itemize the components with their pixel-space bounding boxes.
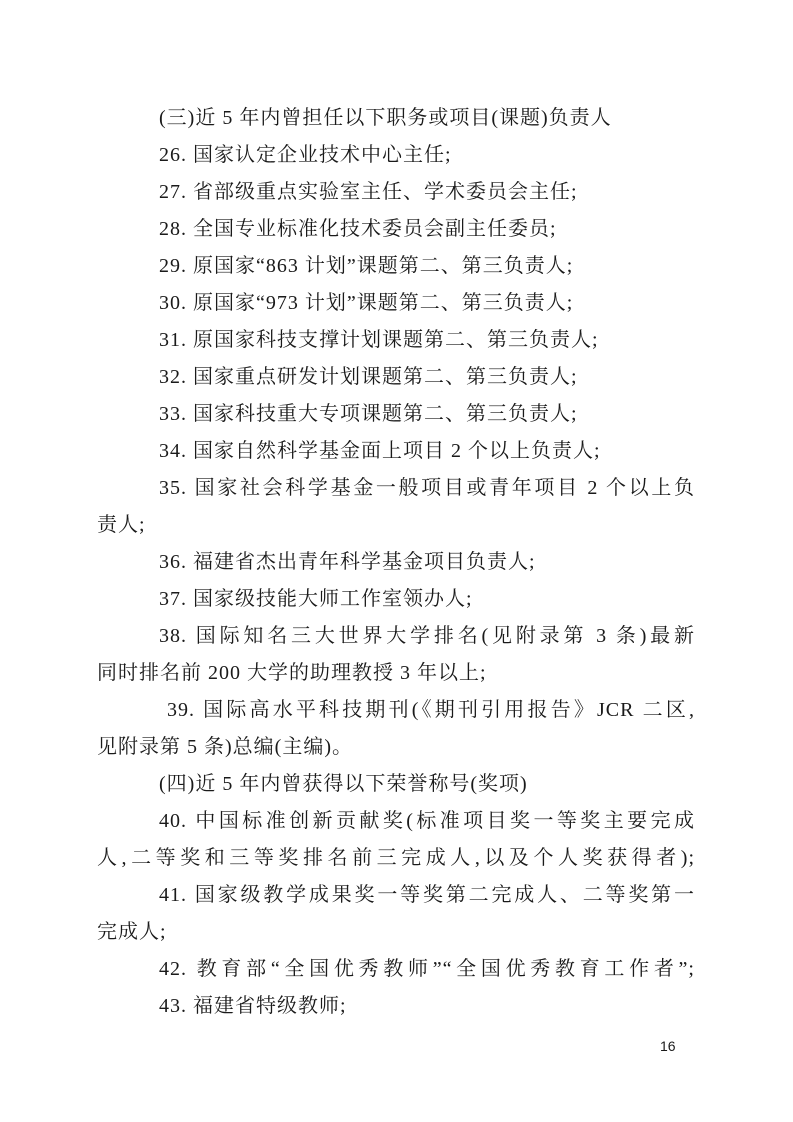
- text-line: 32. 国家重点研发计划课题第二、第三负责人;: [97, 359, 695, 396]
- text-line: (三)近 5 年内曾担任以下职务或项目(课题)负责人: [97, 100, 695, 137]
- document-body: (三)近 5 年内曾担任以下职务或项目(课题)负责人26. 国家认定企业技术中心…: [97, 100, 695, 1025]
- page-number: 16: [660, 1038, 676, 1054]
- text-line: 37. 国家级技能大师工作室领办人;: [97, 581, 695, 618]
- text-line: (四)近 5 年内曾获得以下荣誉称号(奖项): [97, 766, 695, 803]
- text-line: 30. 原国家“973 计划”课题第二、第三负责人;: [97, 285, 695, 322]
- text-line: 40. 中国标准创新贡献奖(标准项目奖一等奖主要完成: [97, 803, 695, 840]
- text-line: 42. 教育部“全国优秀教师”“全国优秀教育工作者”;: [97, 951, 695, 988]
- text-line: 35. 国家社会科学基金一般项目或青年项目 2 个以上负: [97, 470, 695, 507]
- text-line: 28. 全国专业标准化技术委员会副主任委员;: [97, 211, 695, 248]
- text-line: 39. 国际高水平科技期刊(《期刊引用报告》JCR 二区,: [97, 692, 695, 729]
- text-line: 同时排名前 200 大学的助理教授 3 年以上;: [97, 655, 695, 692]
- text-line: 33. 国家科技重大专项课题第二、第三负责人;: [97, 396, 695, 433]
- text-line: 26. 国家认定企业技术中心主任;: [97, 137, 695, 174]
- text-line: 29. 原国家“863 计划”课题第二、第三负责人;: [97, 248, 695, 285]
- text-line: 人,二等奖和三等奖排名前三完成人,以及个人奖获得者);: [97, 840, 695, 877]
- text-line: 38. 国际知名三大世界大学排名(见附录第 3 条)最新: [97, 618, 695, 655]
- text-line: 31. 原国家科技支撑计划课题第二、第三负责人;: [97, 322, 695, 359]
- text-line: 见附录第 5 条)总编(主编)。: [97, 729, 695, 766]
- text-line: 41. 国家级教学成果奖一等奖第二完成人、二等奖第一: [97, 877, 695, 914]
- text-line: 34. 国家自然科学基金面上项目 2 个以上负责人;: [97, 433, 695, 470]
- text-line: 36. 福建省杰出青年科学基金项目负责人;: [97, 544, 695, 581]
- document-page: (三)近 5 年内曾担任以下职务或项目(课题)负责人26. 国家认定企业技术中心…: [0, 0, 793, 1122]
- text-line: 责人;: [97, 507, 695, 544]
- text-line: 27. 省部级重点实验室主任、学术委员会主任;: [97, 174, 695, 211]
- text-line: 43. 福建省特级教师;: [97, 988, 695, 1025]
- text-line: 完成人;: [97, 914, 695, 951]
